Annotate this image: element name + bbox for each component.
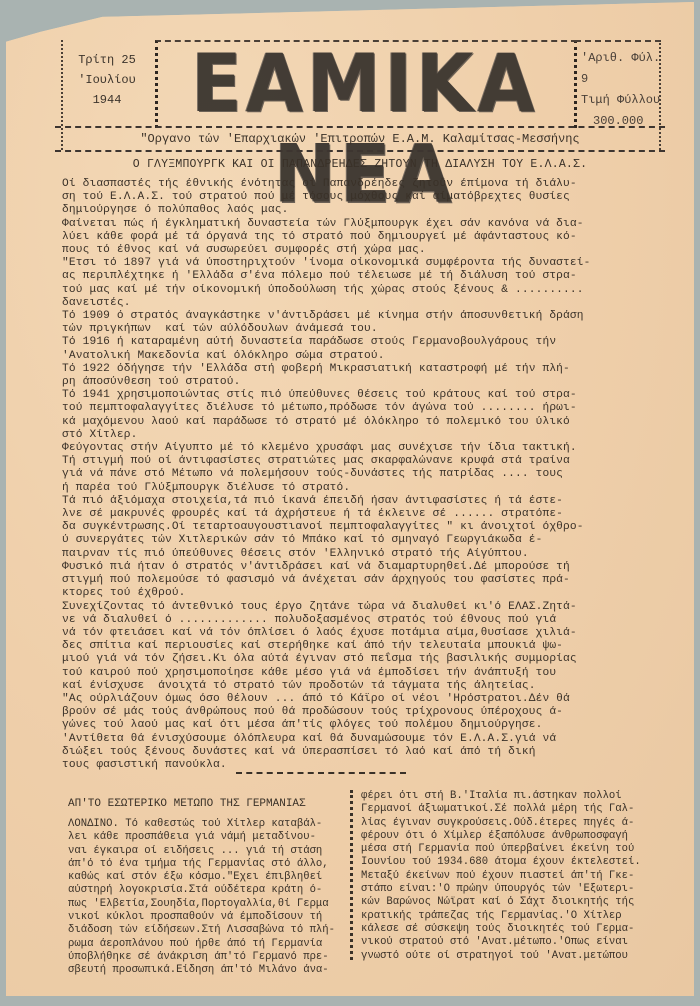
text-line: τού πεμπτοφαλαγγίτες διέλυσε τό μέτωπο,π… bbox=[62, 402, 662, 415]
text-line: γώνες τού λαού μας καί ότι μέσα άπ'τίς φ… bbox=[62, 719, 662, 732]
text-line: νά τόν φτειάσει καί νά τόν όπλίσει ό λαό… bbox=[62, 627, 662, 640]
text-line: ας περιπλέχτηκε ή 'Ελλάδα σ'ένα πόλεμο π… bbox=[62, 270, 662, 283]
text-line: Τή στιγμή πού οί άντιφασίστες στρατιώτες… bbox=[62, 455, 662, 468]
text-line: άπ'ό τό ένα τμήμα τής Γερμανίας στό άλλο… bbox=[68, 858, 350, 871]
text-line: ύ συνεργάτες τών Χιτλερικών σάν τό Μπάκο… bbox=[62, 534, 662, 547]
text-line: καί ένίσχυσε άνοιχτά τό στρατό τών προδο… bbox=[62, 680, 662, 693]
text-line: τού καιρού πού χρησιμοποίησε κάθε μέσο γ… bbox=[62, 667, 662, 680]
text-line: τους φασιστική πανούκλα. bbox=[62, 759, 662, 772]
text-line: λνε σέ μακρυνές φρουρές καί τά άχρήστευε… bbox=[62, 508, 662, 521]
text-line: μιού γιά νά τόν ζήσει.Κι όλα αύτά έγιναν… bbox=[62, 653, 662, 666]
text-line: λύει κάθε φορά μέ τά όργανά της τό στρατ… bbox=[62, 231, 662, 244]
text-line: Μεταξύ έκείνων πού έχουν πιαστεί άπ'τή Γ… bbox=[361, 870, 671, 883]
text-line: Ιουνίου τού 1934.680 άτομα έχουν έκτελεσ… bbox=[361, 856, 671, 869]
issue-date: Τρίτη 25 'Ιουλίου 1944 bbox=[61, 50, 153, 110]
issue-price-label: Τιμή Φύλλου bbox=[581, 90, 661, 111]
text-line: τού μας καί μέ τήν οίκονομική ύποδούλωση… bbox=[62, 284, 662, 297]
text-line: νικού στρατού στό 'Ανατ.μέτωπο.'Οπως είν… bbox=[361, 936, 671, 949]
column-divider bbox=[350, 790, 353, 960]
side-article-left-body: ΛΟΝΔΙΝΟ. Τό καθεστώς τού Χίτλερ καταβάλ-… bbox=[68, 818, 350, 978]
text-line: διάδοση τών είδήσεων.Στή Λισσαβώνα τό πλ… bbox=[68, 924, 350, 937]
text-line: ναι έγκαιρα οί ειδήσεις ... γιά τή στάση bbox=[68, 845, 350, 858]
text-line: Γερμανοί άξιωματικοί.Σέ πολλά μέρη τής Γ… bbox=[361, 803, 671, 816]
text-line: φέρει ότι στή Β.'Ιταλία πι.άστηκαν πολλο… bbox=[361, 790, 671, 803]
text-line: κών Βαρώνος Νώϊρατ καί ό Σάχτ διοικητής … bbox=[361, 896, 671, 909]
side-article-headline: ΑΠ'ΤΟ ΕΣΩΤΕΡΙΚΟ ΜΕΤΩΠΟ ΤΗΣ ΓΕΡΜΑΝΙΑΣ bbox=[68, 798, 350, 810]
issue-date-day: Τρίτη 25 bbox=[61, 50, 153, 70]
text-line: παιρναν τίς πιό ύπεύθυνες θέσεις στόν 'Ε… bbox=[62, 548, 662, 561]
text-line: κά μαχόμενου λαού καί παράδωσε τό στρατό… bbox=[62, 416, 662, 429]
text-line: γνωστό ούτε οί στρατηγοί τού 'Ανατ.μετώπ… bbox=[361, 950, 671, 963]
issue-info: 'Αριθ. Φύλ. 9 Τιμή Φύλλου 300.000 bbox=[581, 48, 661, 132]
text-line: γιά νά πάνε στό Μέτωπο νά πολεμήσουν τού… bbox=[62, 468, 662, 481]
text-line: κάλεσε σέ σύσκεψη τούς διοικητές τού Γερ… bbox=[361, 923, 671, 936]
text-line: πους τό έθνος καί νά συσωρεύει συμφορές … bbox=[62, 244, 662, 257]
main-article-body: Οί διασπαστές τής έθνικής ένότητας οί Πα… bbox=[62, 178, 662, 772]
newspaper-title: ΕΑΜΙΚΑ ΝΕΑ bbox=[155, 39, 575, 130]
text-line: "Ας ούρλιάζουν όμως όσο θέλουν ... άπό τ… bbox=[62, 693, 662, 706]
text-line: νε νά διαλυθεί ό ............. πολυδοξασ… bbox=[62, 614, 662, 627]
side-article-right-column: φέρει ότι στή Β.'Ιταλία πι.άστηκαν πολλο… bbox=[361, 790, 671, 963]
text-line: ΛΟΝΔΙΝΟ. Τό καθεστώς τού Χίτλερ καταβάλ- bbox=[68, 818, 350, 831]
issue-number: 'Αριθ. Φύλ. 9 bbox=[581, 48, 661, 90]
article-separator bbox=[236, 772, 406, 774]
text-line: φέρουν ότι ό Χίμλερ έξαπόλυσε άνθρωποσφα… bbox=[361, 830, 671, 843]
text-line: διώξει τούς ξένους δυνάστες καί νά ύπερα… bbox=[62, 746, 662, 759]
text-line: ύποβλήθηκε σέ άνάκριση άπ'τό Γερμανό πρε… bbox=[68, 951, 350, 964]
masthead: Τρίτη 25 'Ιουλίου 1944 ΕΑΜΙΚΑ ΝΕΑ 'Αριθ.… bbox=[55, 40, 665, 150]
text-line: σβευτή προσωπικά.Είδηση άπ'τό Μιλάνο άνα… bbox=[68, 964, 350, 977]
text-line: αύστηρή λογοκρισία.Στά ούδέτερα κράτη ό- bbox=[68, 884, 350, 897]
text-line: Φεύγοντας στήν Αίγυπτο μέ τό κλεμένο χρυ… bbox=[62, 442, 662, 455]
main-article-headline: Ο ΓΛΥΞΜΠΟΥΡΓΚ ΚΑΙ ΟΙ ΠΑΠΑΝΔΡΕΗΔΕΣ ΖΗΤΟΥΝ… bbox=[60, 158, 660, 171]
text-line: κτορες τού έχθρού. bbox=[62, 587, 662, 600]
text-line: Τά πιό άξιόμαχα στοιχεία,τά πιό ίκανά έπ… bbox=[62, 495, 662, 508]
text-line: 'Ανατολική Μακεδονία καί όλόκληρο σώμα σ… bbox=[62, 350, 662, 363]
text-line: κρατικής τράπεζας τής Γερμανίας.'Ο Χίτλε… bbox=[361, 910, 671, 923]
masthead-subtitle: "Οργανο τών 'Επαρχιακών 'Επιτροπών Ε.Α.Μ… bbox=[55, 126, 665, 152]
text-line: δα συγκέντρωσης.Οί τεταρτοαυγουστιανοί π… bbox=[62, 521, 662, 534]
text-line: Φυσικό πιά ήταν ό στρατός ν'άντιδράσει κ… bbox=[62, 561, 662, 574]
text-line: τών πριγκήπων καί τών αύλόδουλων άνάμεσά… bbox=[62, 323, 662, 336]
text-line: καθώς καί στόν έξω κόσμο."Εχει έπιβληθεί bbox=[68, 871, 350, 884]
text-line: δημιούργησε ό πολύπαθος λαός μας. bbox=[62, 204, 662, 217]
text-line: Τό 1922 όδήγησε τήν 'Ελλάδα στή φοβερή Μ… bbox=[62, 363, 662, 376]
text-line: βρούν σέ μάς τούς άνθρώπους πού θά προδώ… bbox=[62, 706, 662, 719]
text-line: λει κάθε προσπάθεια γιά νάμή μεταδίνου- bbox=[68, 831, 350, 844]
text-line: 'Αντίθετα θά ένισχύσουμε όλόπλευρα καί θ… bbox=[62, 733, 662, 746]
text-line: Συνεχίζοντας τό άντεθνικό τους έργο ζητά… bbox=[62, 601, 662, 614]
text-line: δανειστές. bbox=[62, 297, 662, 310]
issue-date-year: 1944 bbox=[61, 90, 153, 110]
text-line: Τό 1941 χρησιμοποιώντας στίς πιό ύπεύθυν… bbox=[62, 389, 662, 402]
text-line: ση τού Ε.Λ.Α.Σ. τού στρατού πού μέ τόσου… bbox=[62, 191, 662, 204]
text-line: λίας έγιναν συγκρούσεις.Ούδ.έτερες πηγές… bbox=[361, 817, 671, 830]
text-line: ή παρέα τού Γλύξμπουργκ διέλυσε τό στρατ… bbox=[62, 482, 662, 495]
text-line: πως 'Ελβετία,Σουηδία,Πορτογαλλία,θί Γερμ… bbox=[68, 898, 350, 911]
text-line: Τό 1909 ό στρατός άναγκάστηκε ν'άντιδράσ… bbox=[62, 310, 662, 323]
text-line: νικοί κύκλοι προσπαθούν νά έμποδίσουν τή bbox=[68, 911, 350, 924]
text-line: στάπο είναι:'Ο πρώην ύπουργός τών 'Εξωτε… bbox=[361, 883, 671, 896]
text-line: δες σπίτια καί περιουσίες καί στερήθηκε … bbox=[62, 640, 662, 653]
text-line: ρη άποσύνθεση τού στρατού. bbox=[62, 376, 662, 389]
text-line: ρωμα άεροπλάνου πού ήρθε άπό τή Γερμανία bbox=[68, 938, 350, 951]
side-article-right-body: φέρει ότι στή Β.'Ιταλία πι.άστηκαν πολλο… bbox=[361, 790, 671, 963]
text-line: μέσα στή Γερμανία πού ύπερβαίνει έκείνη … bbox=[361, 843, 671, 856]
text-line: Τό 1916 ή καταραμένη αύτή δυναστεία παρά… bbox=[62, 336, 662, 349]
side-article-left-column: ΑΠ'ΤΟ ΕΣΩΤΕΡΙΚΟ ΜΕΤΩΠΟ ΤΗΣ ΓΕΡΜΑΝΙΑΣ ΛΟΝ… bbox=[68, 798, 350, 978]
text-line: στό Χίτλερ. bbox=[62, 429, 662, 442]
text-line: στιγμή πού πολεμούσε τό φασισμό νά άνέχε… bbox=[62, 574, 662, 587]
text-line: Φαίνεται πώς ή έγκληματική δυναστεία τών… bbox=[62, 218, 662, 231]
issue-date-month: 'Ιουλίου bbox=[61, 70, 153, 90]
text-line: "Ετσι τό 1897 γιά νά ύποστηριχτούν 'ίνομ… bbox=[62, 257, 662, 270]
text-line: Οί διασπαστές τής έθνικής ένότητας οί Πα… bbox=[62, 178, 662, 191]
